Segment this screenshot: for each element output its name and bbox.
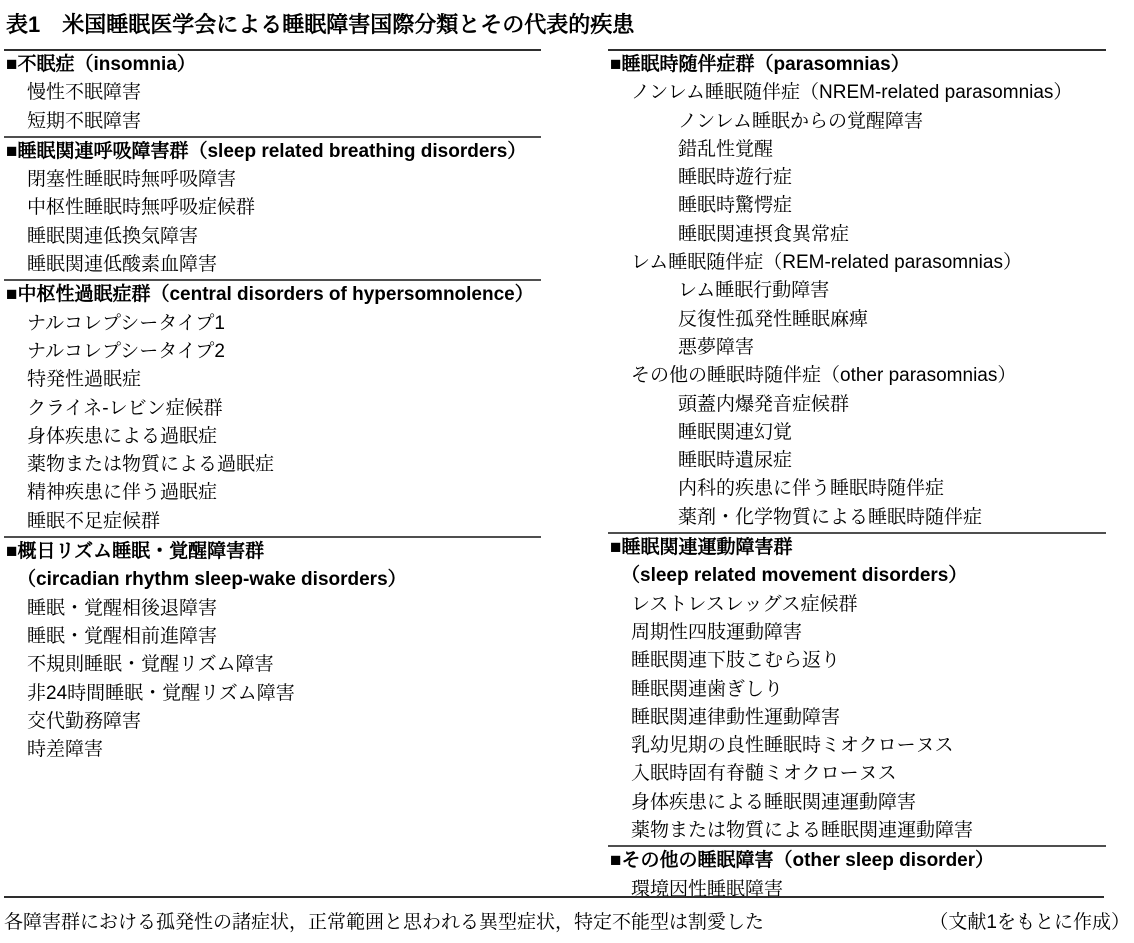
section-header: ■睡眠関連呼吸障害群（sleep related breathing disor… [4,138,541,166]
section: ■中枢性過眠症群（central disorders of hypersomno… [4,281,541,538]
section-header: ■その他の睡眠障害（other sleep disorder） [608,847,1106,875]
list-item: 短期不眠障害 [4,108,541,136]
list-item: 環境因性睡眠障害 [608,876,1106,904]
list-item: 頭蓋内爆発音症候群 [608,391,1106,419]
list-item: レム睡眠行動障害 [608,277,1106,305]
list-item: 睡眠関連摂食異常症 [608,221,1106,249]
table-footnote: 各障害群における孤発性の諸症状，正常範囲と思われる異型症状，特定不能型は割愛した… [4,910,1130,936]
list-item: 薬物または物質による過眠症 [4,451,541,479]
list-item: 睡眠時遺尿症 [608,447,1106,475]
section-header: ■睡眠関連運動障害群 [608,534,1106,562]
section: ■不眠症（insomnia）慢性不眠障害短期不眠障害 [4,51,541,138]
list-item: 内科的疾患に伴う睡眠時随伴症 [608,475,1106,503]
section: ■概日リズム睡眠・覚醒障害群（circadian rhythm sleep-wa… [4,538,541,764]
list-item: 睡眠関連低換気障害 [4,223,541,251]
list-item: 特発性過眠症 [4,366,541,394]
list-item: 睡眠時遊行症 [608,164,1106,192]
list-item: 睡眠関連幻覚 [608,419,1106,447]
list-item: 時差障害 [4,736,541,764]
list-item: 睡眠時驚愕症 [608,192,1106,220]
list-item: ノンレム睡眠からの覚醒障害 [608,108,1106,136]
list-item: 不規則睡眠・覚醒リズム障害 [4,651,541,679]
table-page: 表1 米国睡眠医学会による睡眠障害国際分類とその代表的疾患 ■不眠症（insom… [0,0,1134,943]
list-item: ノンレム睡眠随伴症（NREM-related parasomnias） [608,79,1106,107]
list-item: 薬物または物質による睡眠関連運動障害 [608,817,1106,845]
list-item: 入眠時固有脊髄ミオクローヌス [608,760,1106,788]
list-item: ナルコレプシータイプ2 [4,338,541,366]
section: ■睡眠関連運動障害群（sleep related movement disord… [608,534,1106,847]
section-header: ■不眠症（insomnia） [4,51,541,79]
list-item: その他の睡眠時随伴症（other parasomnias） [608,362,1106,390]
list-item: 睡眠関連歯ぎしり [608,676,1106,704]
list-item: 薬剤・化学物質による睡眠時随伴症 [608,504,1106,532]
list-item: クライネ-レビン症候群 [4,395,541,423]
table-title: 表1 米国睡眠医学会による睡眠障害国際分類とその代表的疾患 [6,8,634,39]
bottom-rule [4,896,1104,898]
footnote-source: （文献1をもとに作成） [929,910,1130,936]
section-header: ■睡眠時随伴症群（parasomnias） [608,51,1106,79]
list-item: 睡眠不足症候群 [4,508,541,536]
section-header: ■中枢性過眠症群（central disorders of hypersomno… [4,281,541,309]
list-item: 周期性四肢運動障害 [608,619,1106,647]
list-item: 反復性孤発性睡眠麻痺 [608,306,1106,334]
section: ■睡眠時随伴症群（parasomnias）ノンレム睡眠随伴症（NREM-rela… [608,51,1106,534]
list-item: 慢性不眠障害 [4,79,541,107]
section: ■睡眠関連呼吸障害群（sleep related breathing disor… [4,138,541,281]
section-header-continued: （sleep related movement disorders） [608,562,1106,590]
list-item: 交代勤務障害 [4,708,541,736]
list-item: 身体疾患による睡眠関連運動障害 [608,789,1106,817]
list-item: 乳幼児期の良性睡眠時ミオクローヌス [608,732,1106,760]
list-item: 中枢性睡眠時無呼吸症候群 [4,194,541,222]
list-item: 悪夢障害 [608,334,1106,362]
list-item: 睡眠・覚醒相後退障害 [4,595,541,623]
section-header: ■概日リズム睡眠・覚醒障害群 [4,538,541,566]
list-item: 精神疾患に伴う過眠症 [4,479,541,507]
section-header-continued: （circadian rhythm sleep-wake disorders） [4,566,541,594]
list-item: 錯乱性覚醒 [608,136,1106,164]
list-item: 身体疾患による過眠症 [4,423,541,451]
left-column: ■不眠症（insomnia）慢性不眠障害短期不眠障害■睡眠関連呼吸障害群（sle… [4,49,541,764]
list-item: 非24時間睡眠・覚醒リズム障害 [4,680,541,708]
list-item: 睡眠関連下肢こむら返り [608,647,1106,675]
right-column: ■睡眠時随伴症群（parasomnias）ノンレム睡眠随伴症（NREM-rela… [608,49,1106,904]
list-item: 閉塞性睡眠時無呼吸障害 [4,166,541,194]
list-item: 睡眠・覚醒相前進障害 [4,623,541,651]
footnote-text: 各障害群における孤発性の諸症状，正常範囲と思われる異型症状，特定不能型は割愛した [4,910,764,936]
list-item: レストレスレッグス症候群 [608,591,1106,619]
list-item: 睡眠関連律動性運動障害 [608,704,1106,732]
list-item: 睡眠関連低酸素血障害 [4,251,541,279]
list-item: ナルコレプシータイプ1 [4,310,541,338]
list-item: レム睡眠随伴症（REM-related parasomnias） [608,249,1106,277]
